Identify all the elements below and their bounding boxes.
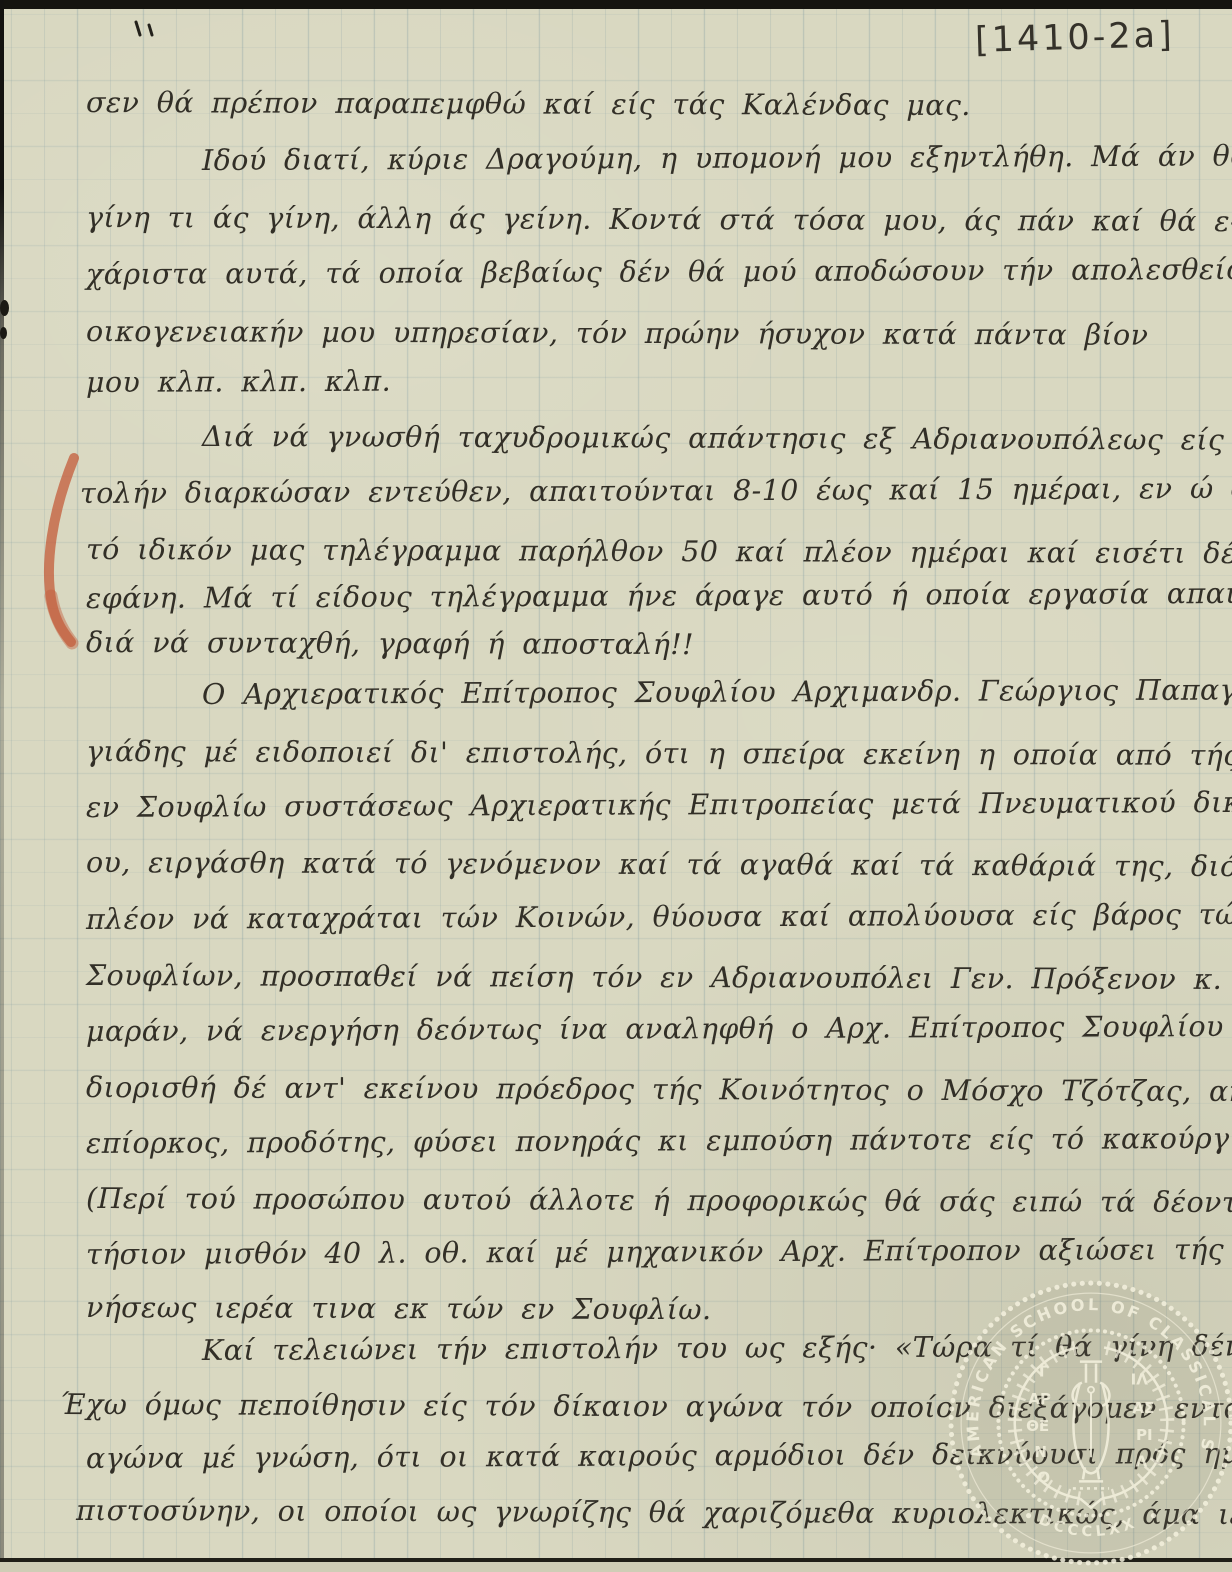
handwritten-line: μου κλπ. κλπ. κλπ. — [86, 365, 391, 399]
catalog-number: [1410-2a] — [974, 15, 1175, 61]
svg-text:Ο: Ο — [1037, 1468, 1050, 1486]
handwritten-line: Ο Αρχιερατικός Επίτροπος Σουφλίου Αρχιμα… — [202, 673, 1232, 711]
handwritten-line: πλέον νά καταχράται τών Κοινών, θύουσα κ… — [86, 897, 1232, 936]
manuscript-page: [1410-2a] σεν θά πρέπον παραπεμφθώ καί ε… — [0, 0, 1232, 1572]
handwritten-line: τό ιδικόν μας τηλέγραμμα παρήλθον 50 καί… — [86, 533, 1232, 570]
handwritten-line: διορισθή δέ αντ' εκείνου πρόεδρος τής Κο… — [86, 1071, 1232, 1108]
ink-speck — [136, 22, 152, 35]
handwritten-line: χάριστα αυτά, τά οποία βεβαίως δέν θά μο… — [86, 253, 1232, 291]
handwritten-line: εφάνη. Μά τί είδους τηλέγραμμα ήνε άραγε… — [86, 577, 1232, 615]
handwritten-line: τήσιον μισθόν 40 λ. οθ. καί μέ μηχανικόν… — [86, 1233, 1232, 1271]
handwritten-line: διά νά συνταχθή, γραφή ή αποσταλή!! — [86, 626, 694, 661]
scan-edge-top — [0, 0, 1232, 9]
seal-ring-text: AMERICAN SCHOOL OF CLASSICAL STUDIES • A… — [942, 1274, 1219, 1460]
handwritten-line: Σουφλίων, προσπαθεί νά πείση τόν εν Αδρι… — [86, 959, 1232, 996]
red-margin-mark — [49, 458, 74, 642]
handwritten-line: γίνη τι άς γίνη, άλλη άς γείνη. Κοντά στ… — [86, 201, 1232, 238]
handwritten-line: γιάδης μέ ειδοποιεί δι' επιστολής, ότι η… — [86, 735, 1232, 772]
handwritten-line: οικογενειακήν μου υπηρεσίαν, τόν πρώην ή… — [86, 315, 1148, 352]
edge-ink-blob — [0, 327, 7, 339]
handwritten-line: αγώνα μέ γνώση, ότι οι κατά καιρούς αρμό… — [86, 1437, 1232, 1475]
svg-text:Γ: Γ — [1039, 1363, 1049, 1381]
handwritten-line: τολήν διαρκώσαν εντεύθεν, απαιτούνται 8-… — [80, 472, 1232, 510]
handwritten-line: Καί τελειώνει τήν επιστολήν του ως εξής·… — [202, 1329, 1232, 1367]
svg-text:ΙΛ: ΙΛ — [1131, 1371, 1149, 1389]
scan-edge-bottom-strip — [0, 1562, 1232, 1572]
handwritten-line: (Περί τού προσώπου αυτού άλλοτε ή προφορ… — [86, 1182, 1232, 1220]
laurel-wreath-icon — [1015, 1347, 1168, 1507]
handwritten-line: Ιδού διατί, κύριε Δραγούμη, η υπομονή μο… — [202, 139, 1232, 177]
red-margin-mark-tail — [51, 596, 72, 643]
handwritten-line: πιστοσύνην, οι οποίοι ως γνωρίζης θά χαρ… — [76, 1494, 1232, 1532]
scan-edge-left — [0, 0, 4, 1572]
handwritten-line: μαράν, νά ενεργήση δεόντως ίνα αναληφθή … — [86, 1010, 1224, 1048]
handwritten-line: ου, ειργάσθη κατά τό γενόμενον καί τά αγ… — [86, 846, 1232, 884]
handwritten-line: εν Σουφλίω συστάσεως Αρχιερατικής Επιτρο… — [86, 785, 1232, 824]
handwritten-line: επίορκος, προδότης, φύσει πονηράς κι εμπ… — [86, 1122, 1232, 1160]
edge-ink-blob — [0, 300, 9, 316]
handwritten-line: Έχω όμως πεποίθησιν είς τόν δίκαιον αγών… — [60, 1388, 1232, 1426]
handwritten-line: νήσεως ιερέα τινα εκ τών εν Σουφλίω. — [86, 1291, 712, 1326]
handwritten-line: σεν θά πρέπον παραπεμφθώ καί είς τάς Καλ… — [86, 86, 971, 122]
handwritten-line: Διά νά γνωσθή ταχυδρομικώς απάντησις εξ … — [202, 420, 1232, 457]
